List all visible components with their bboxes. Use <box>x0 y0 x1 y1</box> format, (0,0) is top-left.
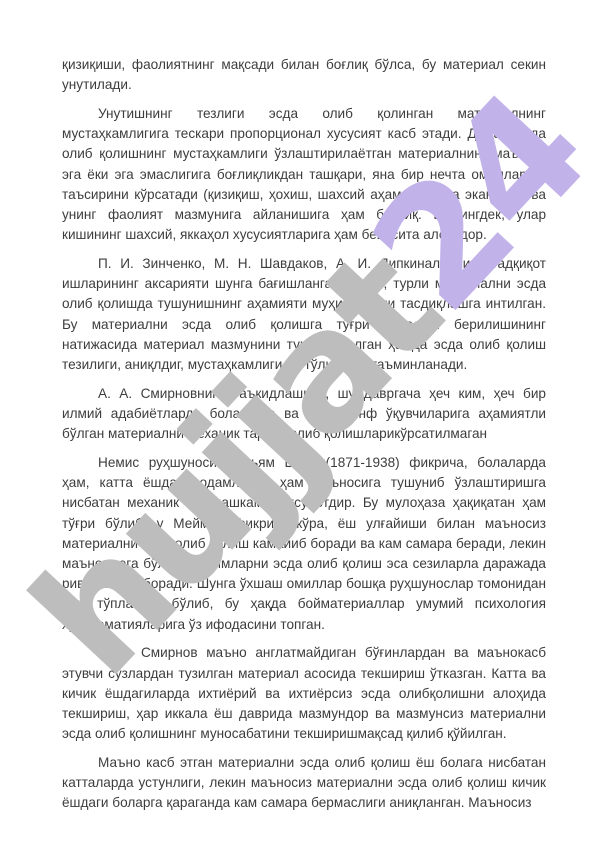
paragraph: А. А. Смирновнинг таъкидлашича, шу даврг… <box>62 384 546 445</box>
paragraph: П. И. Зинченко, М. Н. Шавдаков, А. И. Ли… <box>62 254 546 375</box>
paragraph: қизиқиши, фаолиятнинг мақсади билан боғл… <box>62 55 546 95</box>
document-body: қизиқиши, фаолиятнинг мақсади билан боғл… <box>62 55 546 822</box>
paragraph: Немис руҳшуноси Вильям Штерн(1871-1938) … <box>62 453 546 635</box>
paragraph: А. А. Смирнов маъно англатмайдиган бўғин… <box>62 643 546 744</box>
paragraph: Унутишнинг тезлиги эсда олиб қолинган ма… <box>62 104 546 245</box>
document-page: қизиқиши, фаолиятнинг мақсади билан боғл… <box>0 0 596 842</box>
paragraph: Маъно касб этган материални эсда олиб қо… <box>62 753 546 814</box>
